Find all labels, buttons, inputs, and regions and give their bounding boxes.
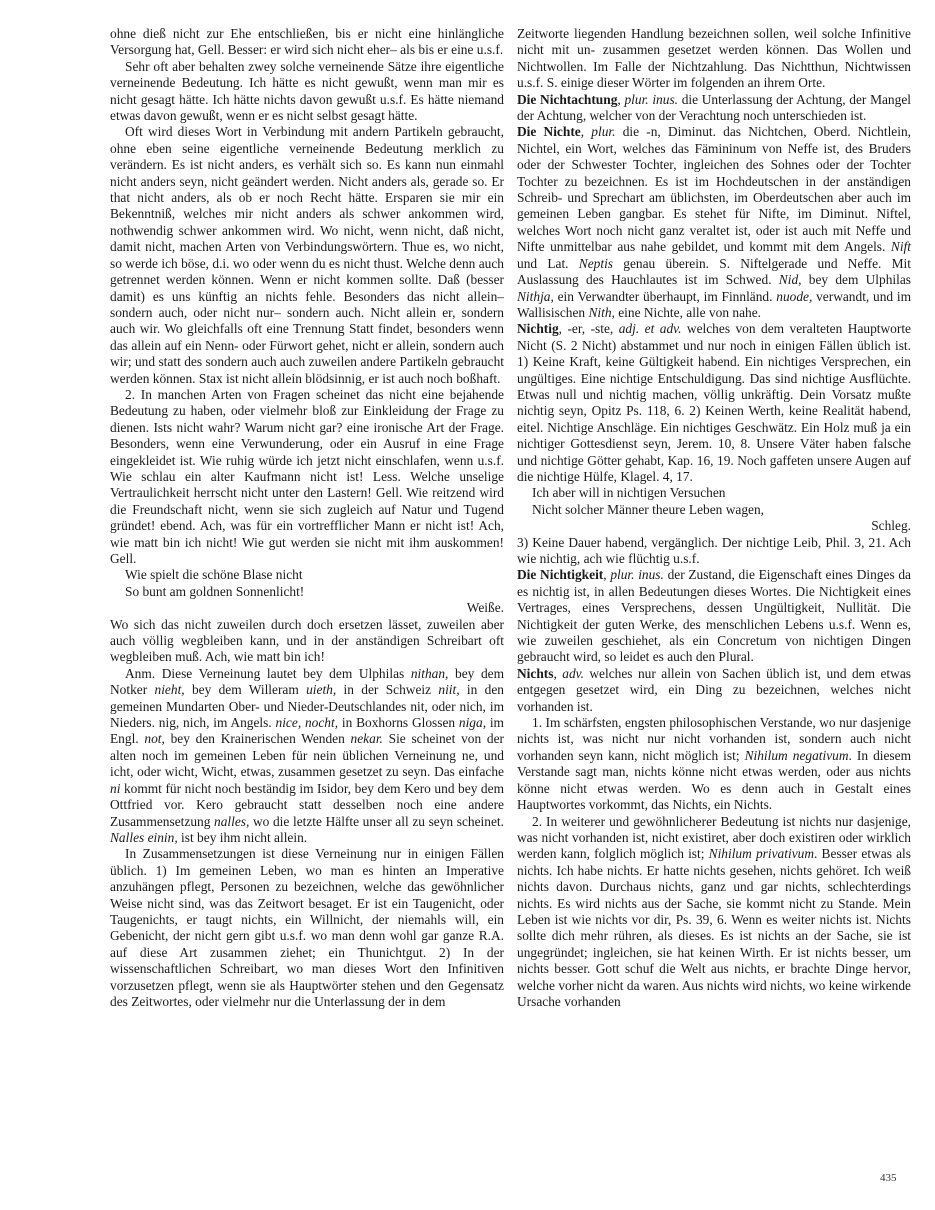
text-run: bey dem Willeram [185,682,306,697]
italic-term: nekar. [351,731,383,746]
text-run: und Lat. [517,256,579,271]
text-run: 3) Keine Dauer habend, vergänglich. Der … [517,535,911,566]
italic-term: adj. et adv. [619,321,682,336]
text-run: wo die letzte Hälfte unser all zu seyn s… [249,814,504,829]
headword: Die Nichtachtung [517,92,617,107]
italic-term: Nid, [779,272,802,287]
paragraph: 3) Keine Dauer habend, vergänglich. Der … [517,535,911,568]
citation-source: Weiße. [110,600,504,616]
text-run: welches von dem veralteten Hauptworte Ni… [517,321,911,484]
text-run: eine Nichte, alle von nahe. [615,305,761,320]
text-run: ohne dieß nicht zur Ehe entschließen, bi… [110,26,504,57]
italic-term: Nalles einin, [110,830,178,845]
text-run: In Zusammensetzungen ist diese Verneinun… [110,846,504,1009]
text-run: 2. In manchen Arten von Fragen scheinet … [110,387,504,566]
italic-term: not, [144,731,164,746]
italic-term: adv. [562,666,584,681]
text-run: bey dem Ulphilas [802,272,912,287]
italic-term: nice, nocht, [276,715,339,730]
italic-term: niit, [438,682,459,697]
dictionary-entry: Die Nichtigkeit, plur. inus. der Zustand… [517,567,911,665]
right-column: Zeitworte liegenden Handlung bezeichnen … [517,26,911,1010]
headword: Nichtig [517,321,559,336]
verse-line: Nicht solcher Männer theure Leben wagen, [517,502,911,518]
headword: Die Nichte [517,124,581,139]
text-run: So bunt am goldnen Sonnenlicht! [125,584,304,599]
italic-term: nithan, [411,666,449,681]
text-run: . Besser etwas als nichts. Ich habe nich… [517,846,911,1009]
italic-term: nalles, [214,814,249,829]
verse-line: Wie spielt die schöne Blase nicht [110,567,504,583]
italic-term: uieth, [306,682,336,697]
italic-term: Neptis [579,256,613,271]
paragraph: 1. Im schärfsten, engsten philosophische… [517,715,911,813]
text-run: , [553,666,562,681]
dictionary-entry: Nichts, adv. welches nur allein von Sach… [517,666,911,715]
italic-term: Nihilum privativum [709,846,814,861]
italic-term: plur. [591,124,615,139]
dictionary-entry: Die Nichtachtung, plur. inus. die Unterl… [517,92,911,125]
paragraph: ohne dieß nicht zur Ehe entschließen, bi… [110,26,504,59]
italic-term: Nihilum negativum [745,748,849,763]
headword: Nichts [517,666,553,681]
italic-term: Nithja, [517,289,554,304]
dictionary-entry: Die Nichte, plur. die -n, Diminut. das N… [517,124,911,321]
left-column: ohne dieß nicht zur Ehe entschließen, bi… [110,26,504,1010]
italic-term: plur. inus. [610,567,664,582]
paragraph: Wo sich das nicht zuweilen durch doch er… [110,617,504,666]
text-run: in Boxhorns Glossen [338,715,459,730]
text-run: Wo sich das nicht zuweilen durch doch er… [110,617,504,665]
italic-term: niga, [459,715,486,730]
italic-term: plur. inus. [624,92,678,107]
text-run: ein Verwandter überhaupt, im Finnländ. [554,289,776,304]
italic-term: Nift [891,239,911,254]
text-run: ist bey ihm nicht allein. [178,830,307,845]
text-run: in der Schweiz [336,682,438,697]
text-run: Anm. Diese Verneinung lautet bey dem Ulp… [125,666,411,681]
headword: Die Nichtigkeit [517,567,603,582]
italic-term: nieht, [155,682,185,697]
text-run: , -er, -ste, [559,321,619,336]
paragraph: 2. In weiterer und gewöhnlicherer Bedeut… [517,814,911,1011]
text-run: Schleg. [871,518,911,533]
italic-term: nuode, [776,289,812,304]
text-run: , [581,124,592,139]
text-run: Nicht solcher Männer theure Leben wagen, [532,502,764,517]
verse-line: So bunt am goldnen Sonnenlicht! [110,584,504,600]
verse-line: Ich aber will in nichtigen Versuchen [517,485,911,501]
text-run: bey den Krainerischen Wenden [165,731,351,746]
citation-source: Schleg. [517,518,911,534]
paragraph: Sehr oft aber behalten zwey solche verne… [110,59,504,125]
paragraph: In Zusammensetzungen ist diese Verneinun… [110,846,504,1010]
text-run: Oft wird dieses Wort in Verbindung mit a… [110,124,504,385]
paragraph: Zeitworte liegenden Handlung bezeichnen … [517,26,911,92]
text-run: Weiße. [467,600,504,615]
dictionary-entry: Nichtig, -er, -ste, adj. et adv. welches… [517,321,911,485]
italic-term: Nith, [588,305,614,320]
text-run: die -n, Diminut. das Nichtchen, Oberd. N… [517,124,911,254]
italic-term: ni [110,781,120,796]
paragraph: Anm. Diese Verneinung lautet bey dem Ulp… [110,666,504,846]
page-number: 435 [880,1172,897,1184]
text-run: Zeitworte liegenden Handlung bezeichnen … [517,26,911,90]
text-run: Ich aber will in nichtigen Versuchen [532,485,725,500]
text-run: Wie spielt die schöne Blase nicht [125,567,303,582]
paragraph: Oft wird dieses Wort in Verbindung mit a… [110,124,504,387]
paragraph: 2. In manchen Arten von Fragen scheinet … [110,387,504,567]
text-run: Sehr oft aber behalten zwey solche verne… [110,59,504,123]
